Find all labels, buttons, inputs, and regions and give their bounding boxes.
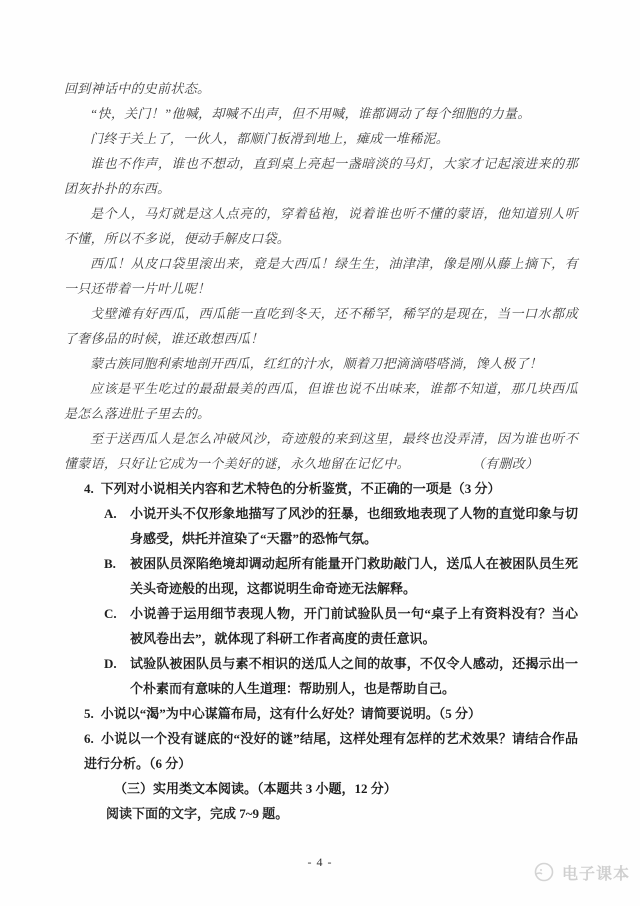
question-5-number: 5.	[84, 706, 94, 721]
story-paragraph: 谁也不作声，谁也不想动，直到桌上亮起一盏暗淡的马灯，大家才记起滚进来的那团灰扑扑…	[64, 151, 578, 201]
option-b: B. 被困队员深陷绝境却调动起所有能量开门救助敲门人，送瓜人在被困队员生死关头奇…	[104, 551, 578, 601]
option-d-text: 试验队被困队员与素不相识的送瓜人之间的故事，不仅令人感动，还揭示出一个朴素而有意…	[130, 651, 578, 701]
option-a: A. 小说开头不仅形象地描写了风沙的狂暴，也细致地表现了人物的直觉印象与切身感受…	[104, 501, 578, 551]
story-paragraph: “快，关门！”他喊，却喊不出声，但不用喊，谁都调动了每个细胞的力量。	[64, 101, 578, 126]
option-c: C. 小说善于运用细节表现人物，开门前试验队员一句“桌子上有资料没有？当心被风卷…	[104, 601, 578, 651]
story-paragraph: 西瓜！从皮口袋里滚出来，竟是大西瓜！绿生生，油津津，像是刚从藤上摘下，有一只还带…	[64, 251, 578, 301]
exam-page: 回到神话中的史前状态。 “快，关门！”他喊，却喊不出声，但不用喊，谁都调动了每个…	[0, 0, 640, 906]
page-content: 回到神话中的史前状态。 “快，关门！”他喊，却喊不出声，但不用喊，谁都调动了每个…	[64, 76, 578, 826]
option-d-label: D.	[104, 651, 130, 701]
question-5: 5.小说以“渴”为中心谋篇布局，这有什么好处？请简要说明。（5 分）	[84, 701, 578, 726]
question-6-number: 6.	[84, 731, 94, 746]
option-c-label: C.	[104, 601, 130, 651]
option-b-text: 被困队员深陷绝境却调动起所有能量开门救助敲门人，送瓜人在被困队员生死关头奇迹般的…	[130, 551, 578, 601]
editor-note: （有删改）	[472, 456, 539, 471]
section-title: （三）实用类文本阅读。	[114, 781, 257, 796]
story-paragraph: 是个人，马灯就是这人点亮的，穿着毡袍，说着谁也听不懂的蒙语，他知道别人听不懂，所…	[64, 201, 578, 251]
question-4-stem: 下列对小说相关内容和艺术特色的分析鉴赏，不正确的一项是（3 分）	[101, 481, 501, 496]
question-4: 4.下列对小说相关内容和艺术特色的分析鉴赏，不正确的一项是（3 分）	[84, 476, 578, 501]
watermark: 电子课本	[532, 860, 630, 884]
story-paragraph: 应该是平生吃过的最甜最美的西瓜，但谁也说不出味来，谁都不知道，那几块西瓜是怎么落…	[64, 376, 578, 426]
question-5-text: 小说以“渴”为中心谋篇布局，这有什么好处？请简要说明。（5 分）	[101, 706, 481, 721]
option-b-label: B.	[104, 551, 130, 601]
option-a-text: 小说开头不仅形象地描写了风沙的狂暴，也细致地表现了人物的直觉印象与切身感受，烘托…	[130, 501, 578, 551]
watermark-text: 电子课本	[562, 861, 630, 884]
reading-passage: 回到神话中的史前状态。 “快，关门！”他喊，却喊不出声，但不用喊，谁都调动了每个…	[64, 76, 578, 476]
whale-logo-icon	[532, 860, 556, 884]
story-paragraph: 回到神话中的史前状态。	[64, 76, 578, 101]
option-c-text: 小说善于运用细节表现人物，开门前试验队员一句“桌子上有资料没有？当心被风卷出去”…	[130, 601, 578, 651]
section-heading: （三）实用类文本阅读。（本题共 3 小题，12 分）	[114, 776, 578, 801]
question-4-number: 4.	[84, 481, 94, 496]
question-6-text: 小说以一个没有谜底的“没好的谜”结尾，这样处理有怎样的艺术效果？请结合作品进行分…	[84, 731, 578, 771]
story-paragraph: 至于送西瓜人是怎么冲破风沙，奇迹般的来到这里，最终也没弄清，因为谁也听不懂蒙语，…	[64, 426, 578, 476]
story-paragraph: 蒙古族同胞利索地剖开西瓜，红红的汁水，顺着刀把滴滴嗒嗒淌，馋人极了！	[64, 351, 578, 376]
story-paragraph: 戈壁滩有好西瓜，西瓜能一直吃到冬天，还不稀罕，稀罕的是现在，当一口水都成了奢侈品…	[64, 301, 578, 351]
section-meta: （本题共 3 小题，12 分）	[257, 781, 397, 796]
story-paragraph: 门终于关上了，一伙人，都顺门板滑到地上，瘫成一堆稀泥。	[64, 126, 578, 151]
reading-instruction: 阅读下面的文字，完成 7~9 题。	[106, 801, 578, 826]
option-a-label: A.	[104, 501, 130, 551]
question-6: 6.小说以一个没有谜底的“没好的谜”结尾，这样处理有怎样的艺术效果？请结合作品进…	[84, 726, 578, 776]
questions-block: 4.下列对小说相关内容和艺术特色的分析鉴赏，不正确的一项是（3 分） A. 小说…	[84, 476, 578, 776]
option-d: D. 试验队被困队员与素不相识的送瓜人之间的故事，不仅令人感动，还揭示出一个朴素…	[104, 651, 578, 701]
question-4-options: A. 小说开头不仅形象地描写了风沙的狂暴，也细致地表现了人物的直觉印象与切身感受…	[84, 501, 578, 701]
